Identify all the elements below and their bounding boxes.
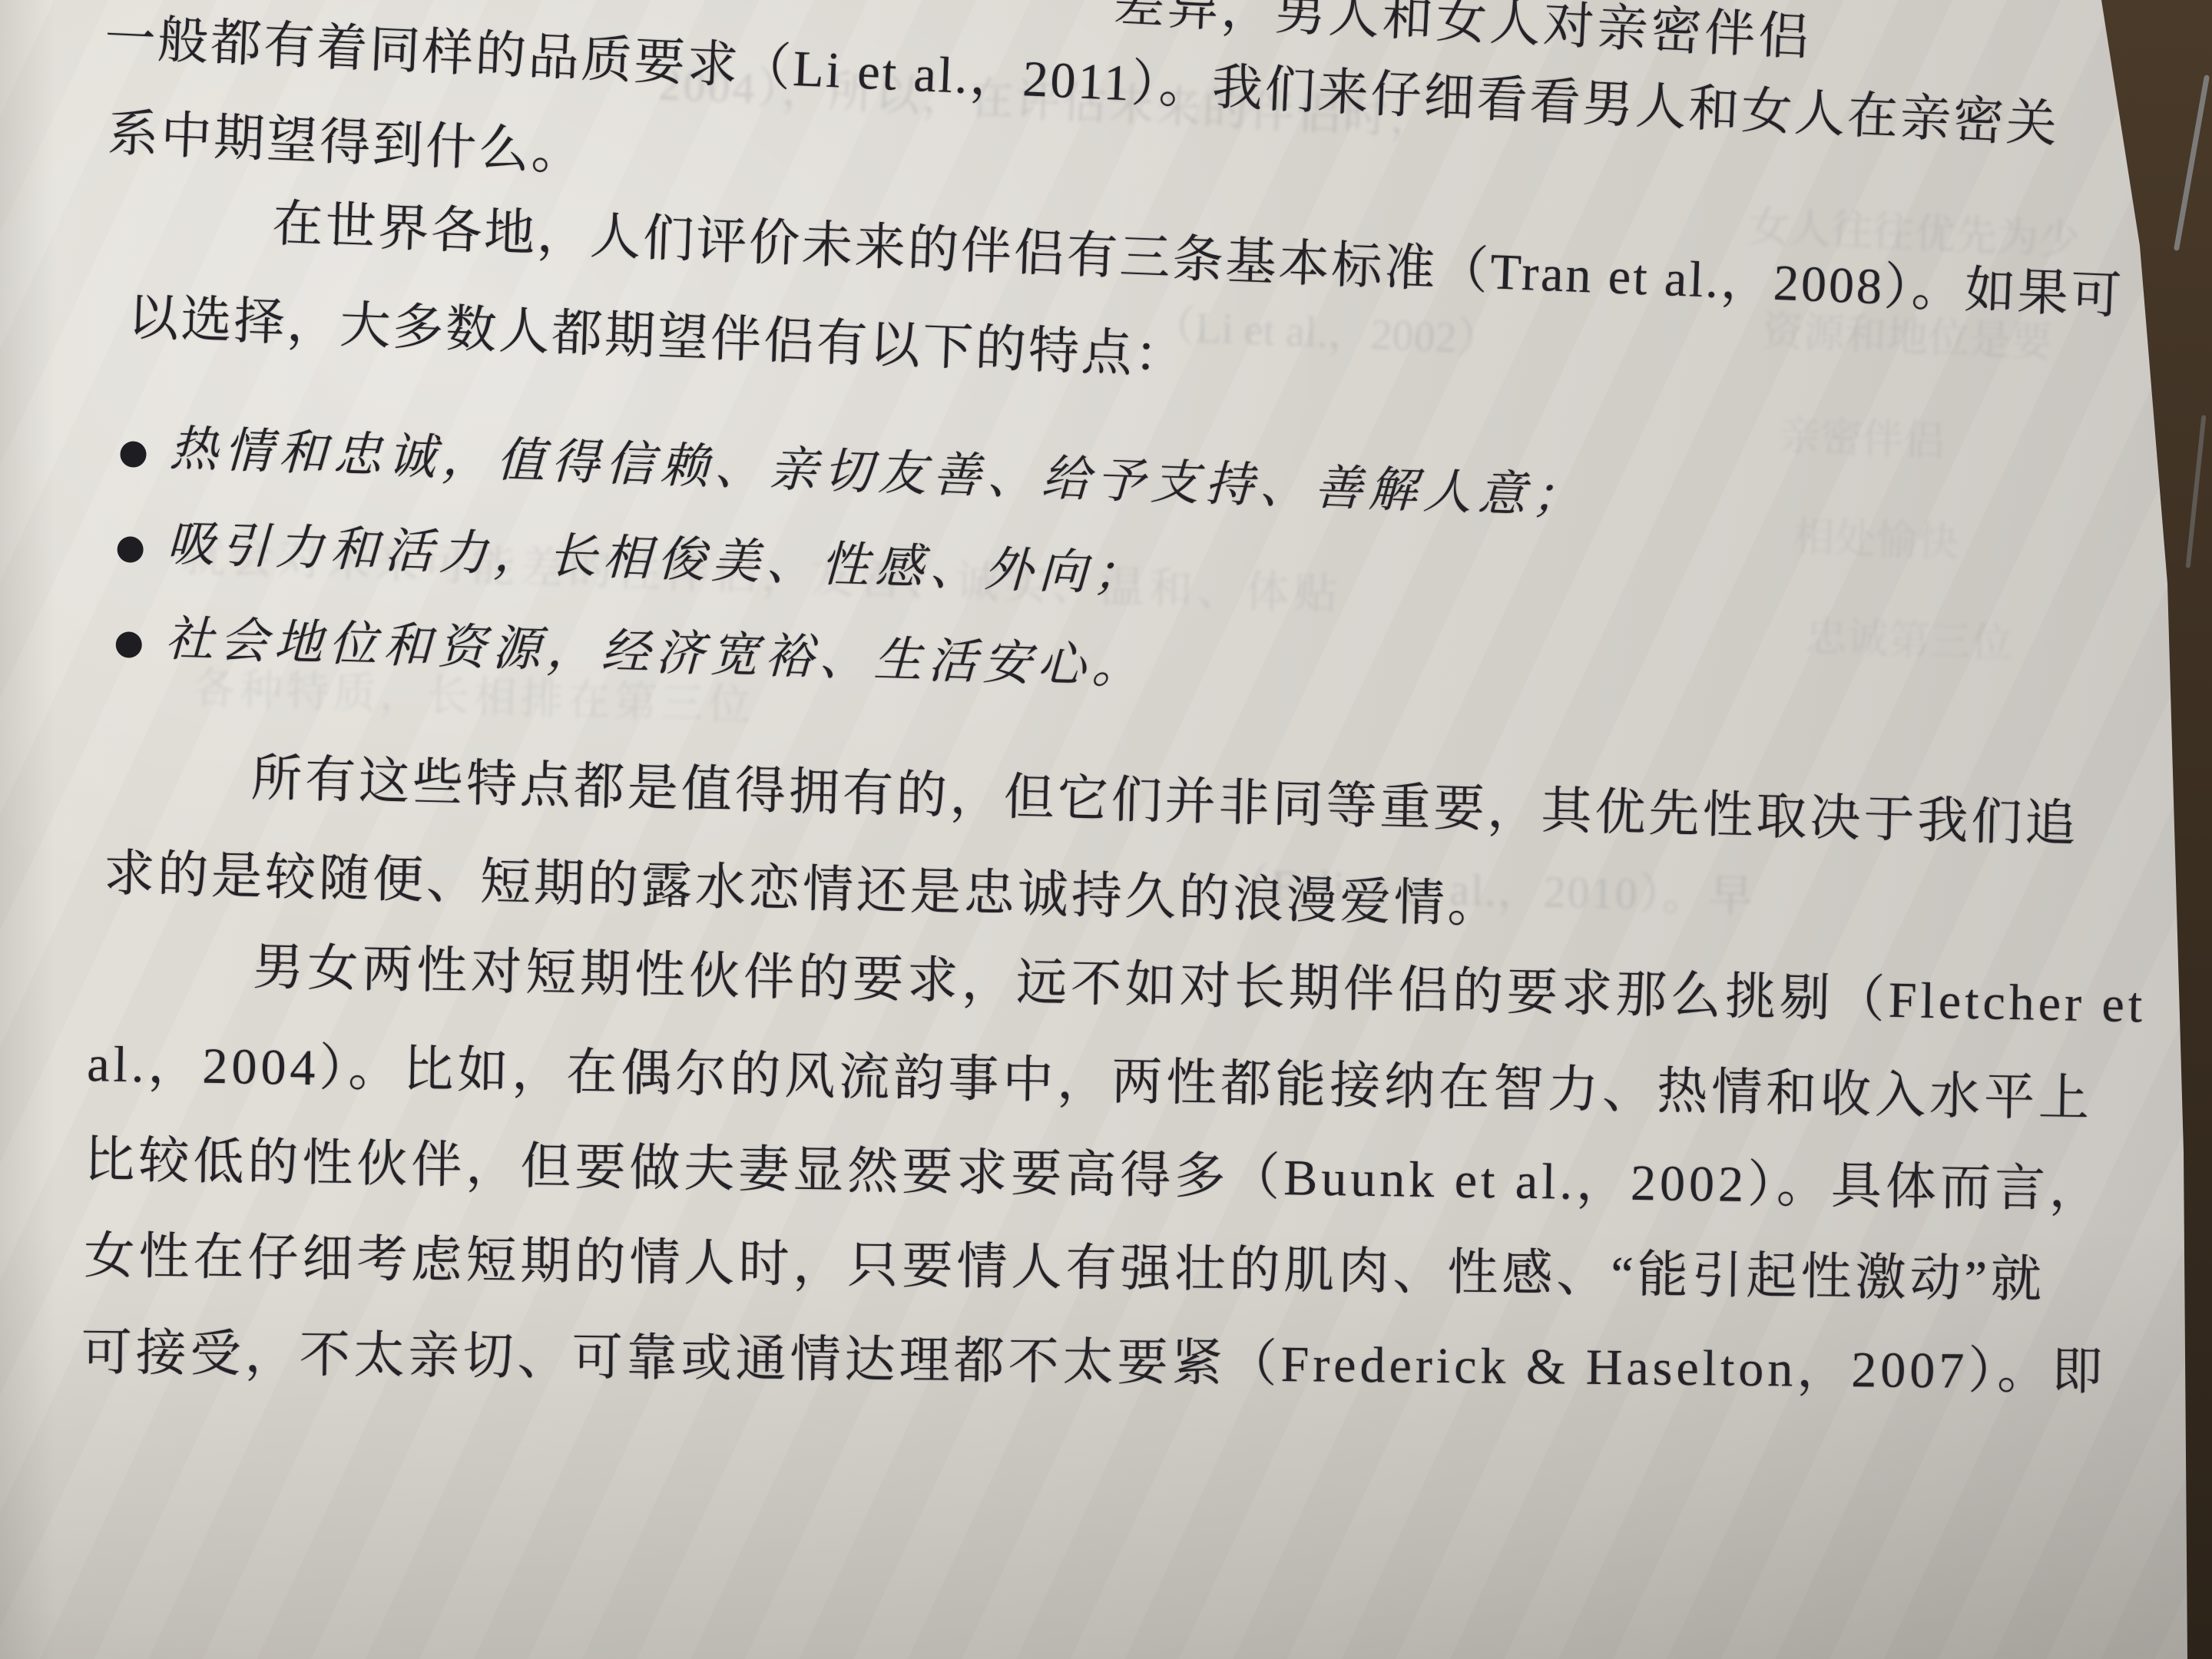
bullet-marker [115,631,142,658]
bleedthrough-text: 亲密伴侣 [1778,402,1946,468]
bleedthrough-text: 忠诚第三位 [1804,604,2014,670]
bleedthrough-text: 相处愉快 [1792,504,1960,569]
bullet-marker [120,441,147,468]
photo-of-book-page: 2004），所以，在评估未来的伴侣时， （Li et al.，2002） 女人往… [0,0,2212,1659]
bullet-marker [117,536,144,563]
